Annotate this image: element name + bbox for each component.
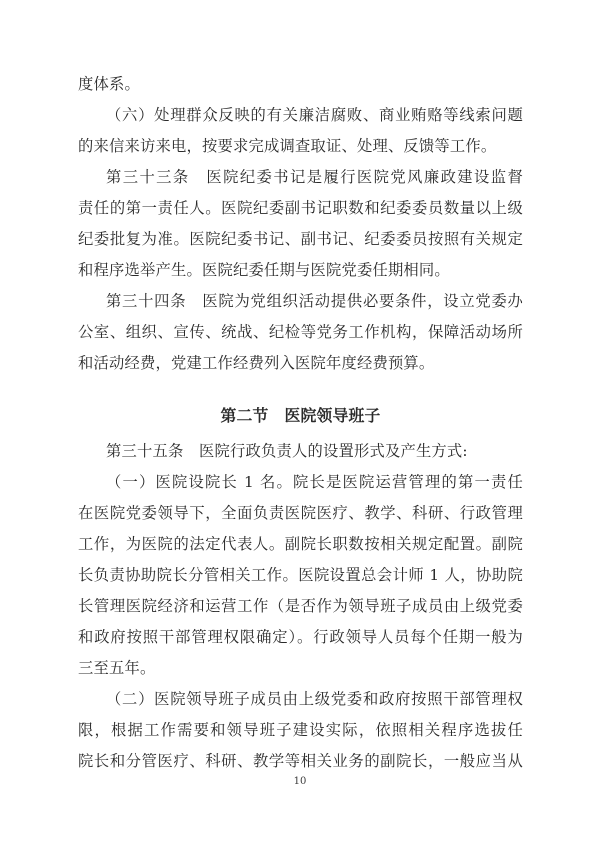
text-line: 和程序选举产生。医院纪委任期与医院党委任期相同。 (78, 255, 523, 286)
text-line: 长管理医院经济和运营工作（是否作为领导班子成员由上级党委 (78, 591, 523, 622)
text-line: 在医院党委领导下，全面负责医院医疗、教学、科研、行政管理 (78, 498, 523, 529)
text-line: （六）处理群众反映的有关廉洁腐败、商业贿赂等线索问题 (78, 100, 523, 131)
document-body: 度体系。（六）处理群众反映的有关廉洁腐败、商业贿赂等线索问题的来信来访来电，按要… (78, 69, 523, 777)
text-line: 第三十四条 医院为党组织活动提供必要条件，设立党委办 (78, 286, 523, 317)
text-line: 的来信来访来电，按要求完成调查取证、处理、反馈等工作。 (78, 131, 523, 162)
text-line: 和政府按照干部管理权限确定）。行政领导人员每个任期一般为 (78, 622, 523, 653)
page-number: 10 (0, 775, 600, 789)
text-line: 和活动经费，党建工作经费列入医院年度经费预算。 (78, 348, 523, 379)
text-line: 第三十三条 医院纪委书记是履行医院党风廉政建设监督 (78, 162, 523, 193)
text-line: （一）医院设院长 1 名。院长是医院运营管理的第一责任人， (78, 467, 523, 498)
section-heading: 第二节 医院领导班子 (78, 400, 523, 431)
text-line: 三至五年。 (78, 653, 523, 684)
text-line: 工作，为医院的法定代表人。副院长职数按相关规定配置。副院 (78, 529, 523, 560)
text-line: （二）医院领导班子成员由上级党委和政府按照干部管理权 (78, 684, 523, 715)
text-line: 责任的第一责任人。医院纪委副书记职数和纪委委员数量以上级 (78, 193, 523, 224)
text-line: 第三十五条 医院行政负责人的设置形式及产生方式: (78, 436, 523, 467)
text-line: 长负责协助院长分管相关工作。医院设置总会计师 1 人，协助院 (78, 560, 523, 591)
text-line: 公室、组织、宣传、统战、纪检等党务工作机构，保障活动场所 (78, 317, 523, 348)
text-line: 限，根据工作需要和领导班子建设实际，依照相关程序选拔任用。 (78, 715, 523, 746)
text-line: 纪委批复为准。医院纪委书记、副书记、纪委委员按照有关规定 (78, 224, 523, 255)
text-line: 院长和分管医疗、科研、教学等相关业务的副院长，一般应当从 (78, 746, 523, 777)
document-page: 度体系。（六）处理群众反映的有关廉洁腐败、商业贿赂等线索问题的来信来访来电，按要… (0, 0, 600, 849)
text-line: 度体系。 (78, 69, 523, 100)
